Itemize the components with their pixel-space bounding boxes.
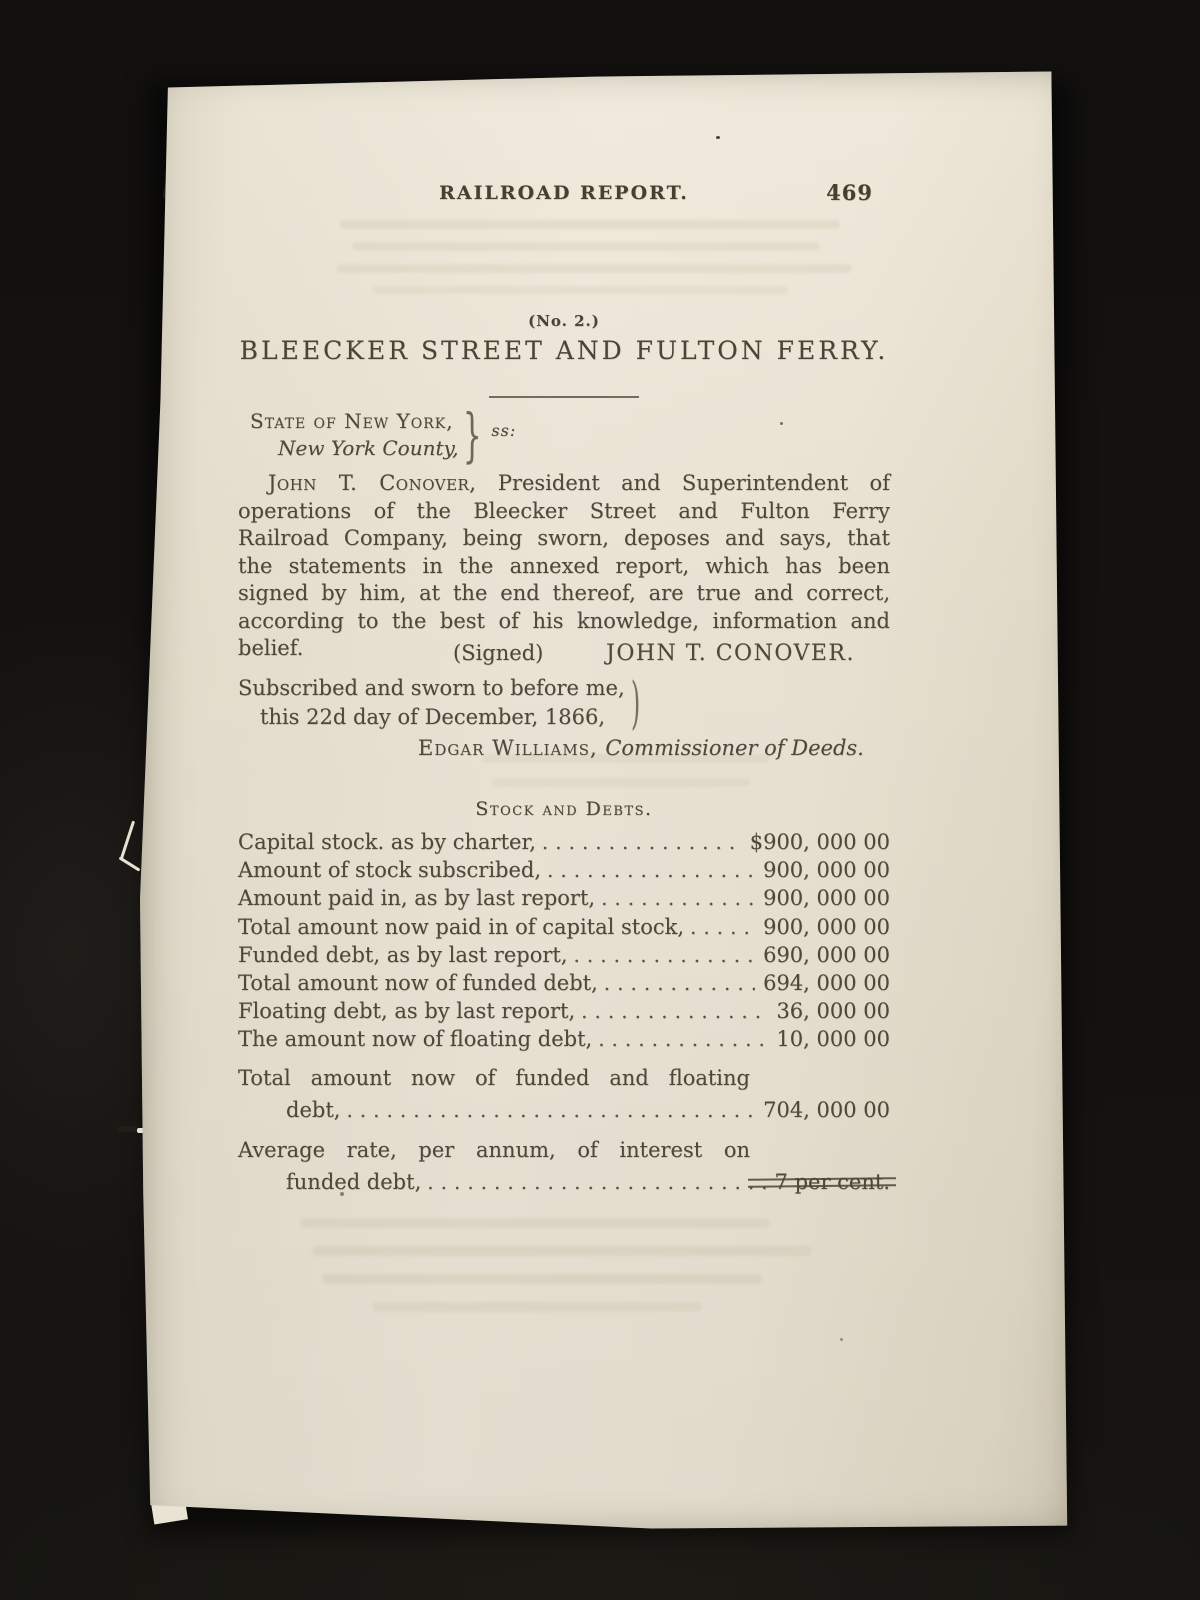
deponent-name: John T. Conover, — [268, 471, 476, 495]
jurat-line1: Subscribed and sworn to before me, — [238, 674, 625, 703]
page-title: BLEECKER STREET AND FULTON FERRY. — [238, 336, 890, 365]
closing-double-rule — [748, 1177, 896, 1188]
row-label-line1: Average rate, per annum, of interest on — [238, 1134, 750, 1166]
row-amount: 36, 000 00 — [776, 997, 890, 1025]
dot-leader — [690, 913, 755, 941]
row-label-line2-row: debt, 704, 000 00 — [238, 1094, 890, 1126]
table-row-wrapped: Average rate, per annum, of interest on … — [238, 1134, 890, 1198]
row-label: The amount now of floating debt, — [238, 1025, 592, 1053]
bleedthrough-line — [340, 220, 840, 229]
row-amount: $900, 000 00 — [750, 828, 890, 856]
photo-stage: RAILROAD REPORT. 469 (No. 2.) BLEECKER S… — [0, 0, 1200, 1600]
officer-name: Edgar Williams, — [418, 736, 605, 760]
officer-title: Commissioner of Deeds. — [605, 736, 864, 760]
officer-line: Edgar Williams, Commissioner of Deeds. — [418, 736, 864, 760]
table-row: Total amount now paid in of capital stoc… — [238, 913, 890, 941]
dot-leader — [598, 1025, 768, 1053]
row-label: Amount of stock subscribed, — [238, 856, 541, 884]
signature-name: JOHN T. CONOVER. — [606, 641, 855, 666]
row-amount: 704, 000 00 — [763, 1094, 890, 1126]
jurat-block: Subscribed and sworn to before me, this … — [238, 674, 653, 731]
jurat-line2: this 22d day of December, 1866, — [238, 703, 625, 732]
stock-and-debts-table: Capital stock. as by charter, $900, 000 … — [238, 828, 890, 1198]
venue-state: State of New York, — [250, 408, 459, 435]
row-label-line2: debt, — [286, 1094, 340, 1126]
row-label: Funded debt, as by last report, — [238, 941, 568, 969]
brace-glyph: ) — [631, 678, 640, 731]
venue-county: New York County, — [250, 435, 459, 462]
bleedthrough-line — [300, 1218, 770, 1228]
dot-leader — [581, 997, 768, 1025]
bleedthrough-line — [492, 778, 750, 787]
running-header: RAILROAD REPORT. 469 — [238, 182, 890, 210]
affidavit-body: President and Superintendent of operatio… — [238, 471, 890, 660]
venue-block: State of New York, New York County, } ss… — [250, 408, 516, 462]
document-number: (No. 2.) — [238, 312, 890, 330]
row-label: Capital stock. as by charter, — [238, 828, 536, 856]
brace-glyph: } — [463, 408, 481, 462]
row-label: Total amount now of funded debt, — [238, 969, 598, 997]
dot-leader — [601, 884, 755, 912]
row-amount: 690, 000 00 — [763, 941, 890, 969]
row-label-line2: funded debt, — [286, 1166, 421, 1198]
signed-line: (Signed) JOHN T. CONOVER. — [238, 641, 890, 669]
bleedthrough-line — [336, 264, 852, 273]
table-row: The amount now of floating debt, 10, 000… — [238, 1025, 890, 1053]
stitch-thread — [119, 856, 141, 871]
row-amount: 900, 000 00 — [763, 884, 890, 912]
running-title: RAILROAD REPORT. — [238, 182, 890, 204]
paper-speck — [840, 1338, 843, 1341]
table-row: Capital stock. as by charter, $900, 000 … — [238, 828, 890, 856]
row-label: Total amount now paid in of capital stoc… — [238, 913, 684, 941]
stitch-thread — [120, 821, 135, 860]
bleedthrough-line — [372, 1302, 702, 1312]
jurat-lines: Subscribed and sworn to before me, this … — [238, 674, 625, 731]
row-label: Floating debt, as by last report, — [238, 997, 575, 1025]
row-amount: 10, 000 00 — [776, 1025, 890, 1053]
dot-leader — [427, 1166, 766, 1194]
dot-leader — [542, 828, 742, 856]
venue-lines: State of New York, New York County, — [250, 408, 459, 462]
signed-label: (Signed) — [453, 641, 543, 665]
table-row: Total amount now of funded debt, 694, 00… — [238, 969, 890, 997]
row-amount: 900, 000 00 — [763, 856, 890, 884]
dot-leader — [574, 941, 756, 969]
row-label: Amount paid in, as by last report, — [238, 884, 595, 912]
title-rule — [489, 396, 639, 398]
bleedthrough-line — [322, 1274, 762, 1284]
table-row: Floating debt, as by last report, 36, 00… — [238, 997, 890, 1025]
row-amount: 900, 000 00 — [763, 913, 890, 941]
table-row: Funded debt, as by last report, 690, 000… — [238, 941, 890, 969]
dot-leader — [547, 856, 755, 884]
paper-speck — [716, 136, 720, 139]
venue-ss: ss: — [491, 421, 516, 440]
dot-leader — [346, 1094, 755, 1122]
dot-leader — [604, 969, 755, 997]
paper-speck — [780, 422, 783, 425]
stitch-dark — [118, 1126, 137, 1132]
bleedthrough-line — [372, 286, 788, 294]
bleedthrough-line — [312, 1246, 812, 1256]
page-number: 469 — [826, 180, 873, 205]
table-row-wrapped: Total amount now of funded and floating … — [238, 1062, 890, 1126]
table-row: Amount of stock subscribed, 900, 000 00 — [238, 856, 890, 884]
row-label-line1: Total amount now of funded and floating — [238, 1062, 750, 1094]
bleedthrough-line — [352, 242, 820, 251]
document-page: RAILROAD REPORT. 469 (No. 2.) BLEECKER S… — [140, 70, 1070, 1530]
table-row: Amount paid in, as by last report, 900, … — [238, 884, 890, 912]
affidavit-paragraph: John T. Conover, President and Superinte… — [238, 470, 890, 663]
section-heading: Stock and Debts. — [238, 798, 890, 820]
row-amount: 694, 000 00 — [763, 969, 890, 997]
